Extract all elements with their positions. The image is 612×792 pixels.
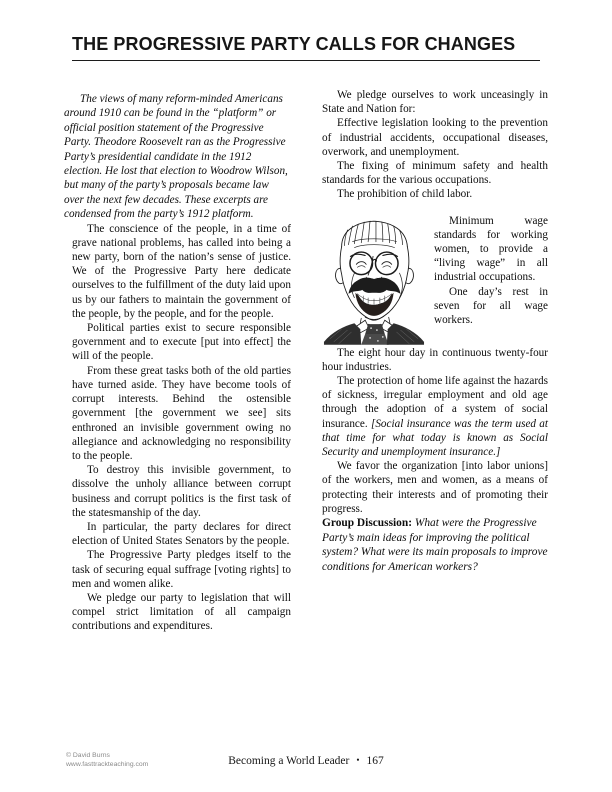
pledge-item: The eight hour day in continuous twenty-…: [322, 346, 548, 374]
footer-separator: •: [356, 755, 359, 765]
paragraph: In particular, the party declares for di…: [72, 520, 291, 548]
document-page: THE PROGRESSIVE PARTY CALLS FOR CHANGES …: [0, 0, 612, 792]
paragraph: The conscience of the people, in a time …: [72, 222, 291, 321]
intro-paragraph: The views of many reform-minded American…: [64, 92, 291, 222]
pledge-item: Effective legislation looking to the pre…: [322, 116, 548, 159]
page-title: THE PROGRESSIVE PARTY CALLS FOR CHANGES: [72, 34, 540, 55]
pledge-intro-paragraph: We pledge ourselves to work unceasingly …: [322, 88, 548, 116]
paragraph: From these great tasks both of the old p…: [72, 364, 291, 463]
paragraph: To destroy this invisible government, to…: [72, 463, 291, 520]
right-column: We pledge ourselves to work unceasingly …: [322, 88, 548, 574]
social-insurance-paragraph: The protection of home life against the …: [322, 374, 548, 459]
footer-book-title: Becoming a World Leader: [228, 755, 349, 767]
paragraph: We pledge our party to legislation that …: [72, 591, 291, 634]
footer-page-info: Becoming a World Leader•167: [0, 755, 612, 767]
left-column: The views of many reform-minded American…: [64, 92, 291, 634]
footer-page-number: 167: [367, 755, 384, 767]
pledge-item: The prohibition of child labor.: [322, 187, 548, 201]
left-column-body: The conscience of the people, in a time …: [72, 222, 291, 634]
pledge-item: We favor the organization [into labor un…: [322, 459, 548, 516]
group-discussion: Group Discussion: What were the Progress…: [322, 516, 548, 574]
pledge-item: The fixing of minimum safety and health …: [322, 159, 548, 187]
paragraph: The Progressive Party pledges itself to …: [72, 548, 291, 591]
roosevelt-portrait: [322, 216, 426, 346]
paragraph: Political parties exist to secure respon…: [72, 321, 291, 364]
group-discussion-label: Group Discussion:: [322, 517, 412, 529]
page-title-block: THE PROGRESSIVE PARTY CALLS FOR CHANGES: [72, 34, 540, 61]
portrait-text-block: Minimum wage standards for working women…: [322, 214, 548, 346]
